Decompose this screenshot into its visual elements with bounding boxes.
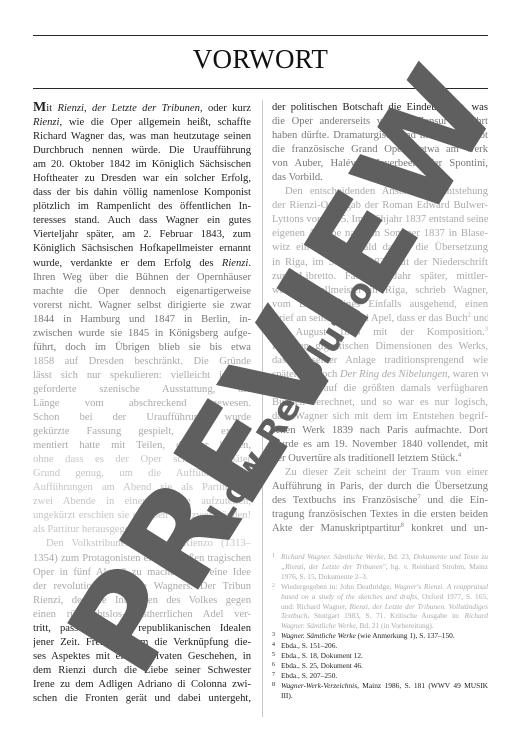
text-line: des Textbuchs ins Französische7 und die … bbox=[272, 494, 488, 508]
footnote-text: Wiedergegeben in: John Deathridge, Wagne… bbox=[281, 582, 488, 631]
footnote-text: Ebda., S. 18, Dokument 12. bbox=[281, 651, 363, 660]
text-line: der Rienzi-Oper gab der Roman Edward Bul… bbox=[272, 199, 488, 213]
footnote-text: Wagner-Werk-Verzeichnis, Mainz 1986, S. … bbox=[281, 681, 488, 700]
text-line: weile Kapellmeister in Riga, schrieb Wag… bbox=[272, 284, 488, 298]
text-line: lässt sich nur spekulieren: vielleicht i… bbox=[33, 369, 251, 383]
text-line: vom Erfolg seines Einfalls ausgehend, ei… bbox=[272, 298, 488, 312]
text-line: einen rücksichtslos-selbstherrlichen Ade… bbox=[33, 608, 251, 622]
text-line: Vierteljahr später, am 2. Februar 1843, … bbox=[33, 228, 251, 242]
text-line: das in seiner Anlage traditionsprengend … bbox=[272, 354, 488, 368]
text-line: Zu dieser Zeit scheint der Traum von ein… bbox=[272, 466, 488, 480]
text-line: 1354) zum Protagonisten einer „Großen tr… bbox=[33, 552, 251, 566]
footnote-text: Ebda., S. 207–250. bbox=[281, 671, 337, 680]
document-page: VORWORT Mit Rienzi, der Letzte der Tribu… bbox=[0, 0, 530, 750]
text-line: Grund genug, um die Aufführung zu bbox=[33, 467, 251, 481]
text-line: in Riga, im Sommer 1838 mit der Niedersc… bbox=[272, 256, 488, 270]
text-line: dass Wagner sich mit dem im Entstehen be… bbox=[272, 410, 488, 424]
text-line: Rienzi, der die Interessen des Volkes ge… bbox=[33, 594, 251, 608]
text-line: Oper in fünf Akten" zu machen, war eine … bbox=[33, 566, 251, 580]
footnote-item: 5Ebda., S. 18, Dokument 12. bbox=[272, 651, 488, 661]
column-divider bbox=[262, 100, 263, 717]
text-line: der revolutionären Phase Wagners. Der Tr… bbox=[33, 580, 251, 594]
footnote-number: 8 bbox=[272, 681, 275, 691]
text-line: Irene zu dem Adligen Adriano di Colonna … bbox=[33, 678, 251, 692]
text-line: von Auber, Halévy, Meyerbeer oder Sponti… bbox=[272, 157, 488, 171]
text-line: 1844 in Hamburg und 1847 in Berlin, in- bbox=[33, 313, 251, 327]
title-rule-bottom bbox=[33, 88, 488, 89]
text-line: Mit Rienzi, der Letzte der Tribunen, ode… bbox=[33, 101, 251, 116]
text-line: schen die Fronten gerät und dabei unterg… bbox=[33, 692, 251, 706]
footnote-number: 6 bbox=[272, 661, 275, 671]
footnote-text: Ebda., S. 25, Dokument 46. bbox=[281, 661, 363, 670]
text-line: vornherein auf die größten damals verfüg… bbox=[272, 382, 488, 396]
footnote-number: 4 bbox=[272, 641, 275, 651]
text-line: 1858 auf Dresden beschränkt. Die Gründe bbox=[33, 355, 251, 369]
footnote-number: 1 bbox=[272, 552, 275, 562]
text-line: zwischen wurde sie 1845 in Königsberg au… bbox=[33, 327, 251, 341]
text-line: Aufführungen am Abend sie als Partitur i… bbox=[33, 481, 251, 495]
text-line: zum Libretto. Fast ein Jahr später, mitt… bbox=[272, 270, 488, 284]
footnote-item: 3Wagner. Sämtliche Werke (wie Anmerkung … bbox=[272, 631, 488, 641]
text-line: witz ein Entwurf, bald darauf die Überse… bbox=[272, 241, 488, 255]
text-line: ungekürzt erschien sie gegeben – in zwei… bbox=[33, 509, 251, 523]
text-line: vorerst nicht. Wagner selbst dirigierte … bbox=[33, 299, 251, 313]
text-line: Rienzi, wie die Oper allgemein heißt, sc… bbox=[33, 116, 251, 130]
text-line: mentiert hatte mit Teilen, die er kürzen… bbox=[33, 439, 251, 453]
title-rule-top bbox=[33, 35, 488, 36]
text-line: Aufführung in Paris, der durch die Übers… bbox=[272, 480, 488, 494]
text-line: In ihren gigantischen Dimensionen des We… bbox=[272, 340, 488, 354]
text-line: Den entscheidenden Anstoß zur Entstehung bbox=[272, 185, 488, 199]
text-line: jener Zeit. Freilich nahm die Verknüpfun… bbox=[33, 636, 251, 650]
text-line: eigenen Angabe nach im Sommer 1837 in Bl… bbox=[272, 227, 488, 241]
text-line: fenen Werk 1839 nach Paris aufmachte. Do… bbox=[272, 424, 488, 438]
text-line: tritt, passte zu den republikanischen Id… bbox=[33, 622, 251, 636]
text-line: als Partitur herausgegeben. bbox=[33, 523, 251, 537]
footnote-item: 4Ebda., S. 151–206. bbox=[272, 641, 488, 651]
text-line: am 20. Oktober 1842 im Königlich Sächsis… bbox=[33, 158, 251, 172]
text-line: der politischen Botschaft die Eindeutigk… bbox=[272, 101, 488, 115]
footnote-number: 3 bbox=[272, 631, 275, 641]
text-line: machte die Oper dennoch eigenartigerweis… bbox=[33, 285, 251, 299]
text-line: im August 1838 mit der Komposition.3 bbox=[272, 326, 488, 340]
text-line: geforderte szenische Ausstattung, die bbox=[33, 383, 251, 397]
right-text-column: der politischen Botschaft die Eindeutigk… bbox=[272, 101, 488, 536]
text-line: Königlich Sächsischen Hofkapellmeister e… bbox=[33, 242, 251, 256]
text-line: gekürzte Fassung gespielt, die experi- bbox=[33, 425, 251, 439]
footnote-item: 2Wiedergegeben in: John Deathridge, Wagn… bbox=[272, 582, 488, 632]
text-line: Richard Wagner das, was man heutzutage s… bbox=[33, 130, 251, 144]
text-line: ses Aspektes mit einem privaten Geschehe… bbox=[33, 650, 251, 664]
text-line: Schon bei der Uraufführung wurde bbox=[33, 411, 251, 425]
text-line: haben dürfte. Dramaturgisch und musikali… bbox=[272, 129, 488, 143]
text-line: wurde, verdankte er dem Erfolg des Rienz… bbox=[33, 257, 251, 271]
footnote-item: 7Ebda., S. 207–250. bbox=[272, 671, 488, 681]
footnote-number: 2 bbox=[272, 582, 275, 592]
text-line: Ihren Weg über die Bühnen der Opernhäuse… bbox=[33, 271, 251, 285]
text-line: wurde es am 19. November 1840 vollendet,… bbox=[272, 438, 488, 452]
text-line: Hoftheater zu Dresden war ein solcher Er… bbox=[33, 172, 251, 186]
text-line: Lyttons von 1835. Im Frühjahr 1837 entst… bbox=[272, 213, 488, 227]
footnote-item: 8Wagner-Werk-Verzeichnis, Mainz 1986, S.… bbox=[272, 681, 488, 701]
text-line: Länge vom abschreckend gewesen. bbox=[33, 397, 251, 411]
text-line: tragung französischen Textes in die erst… bbox=[272, 508, 488, 522]
text-line: Brief an seinen Freund Apel, dass er das… bbox=[272, 312, 488, 326]
footnote-item: 1Richard Wagner. Sämtliche Werke, Bd. 23… bbox=[272, 552, 488, 582]
footnote-text: Wagner. Sämtliche Werke (wie Anmerkung 1… bbox=[281, 631, 455, 640]
text-line: die französische Grand Opéra, etwa am We… bbox=[272, 143, 488, 157]
text-line: führt, doch im Übrigen blieb sie bis etw… bbox=[33, 341, 251, 355]
text-line: ohne dass es der Oper schadete. Später bbox=[33, 453, 251, 467]
footnotes: 1Richard Wagner. Sämtliche Werke, Bd. 23… bbox=[272, 552, 488, 701]
text-line: plötzlich im Rampenlicht des öffentliche… bbox=[33, 200, 251, 214]
text-line: das Vorbild. bbox=[272, 171, 488, 185]
text-line: zwei Abende in einer Fassung aufzuteilen… bbox=[33, 495, 251, 509]
text-line: teresses stand. Auch dass Wagner ein gut… bbox=[33, 214, 251, 228]
text-line: später nur noch Der Ring des Nibelungen,… bbox=[272, 368, 488, 382]
text-line: Den Volkstribunen Cola di Rienzo (1313– bbox=[33, 537, 251, 551]
text-line: Durchbruch nennen würde. Die Uraufführun… bbox=[33, 144, 251, 158]
footnote-text: Ebda., S. 151–206. bbox=[281, 641, 337, 650]
text-line: dass der bis dahin völlig namenlose Komp… bbox=[33, 186, 251, 200]
text-line: Bühnen berechnet, und so war es nur logi… bbox=[272, 396, 488, 410]
footnote-text: Richard Wagner. Sämtliche Werke, Bd. 23,… bbox=[281, 552, 488, 581]
text-line: der Ouvertüre als traditionell letztem S… bbox=[272, 452, 488, 466]
page-title: VORWORT bbox=[33, 44, 488, 75]
footnote-item: 6Ebda., S. 25, Dokument 46. bbox=[272, 661, 488, 671]
footnote-number: 5 bbox=[272, 651, 275, 661]
text-line: die Oper andererseits vor der Zensur bew… bbox=[272, 115, 488, 129]
text-line: Akte der Manuskriptpartitur8 konkret und… bbox=[272, 522, 488, 536]
footnote-number: 7 bbox=[272, 671, 275, 681]
text-line: dem Rienzi durch die Liebe seiner Schwes… bbox=[33, 664, 251, 678]
left-text-column: Mit Rienzi, der Letzte der Tribunen, ode… bbox=[33, 101, 251, 706]
